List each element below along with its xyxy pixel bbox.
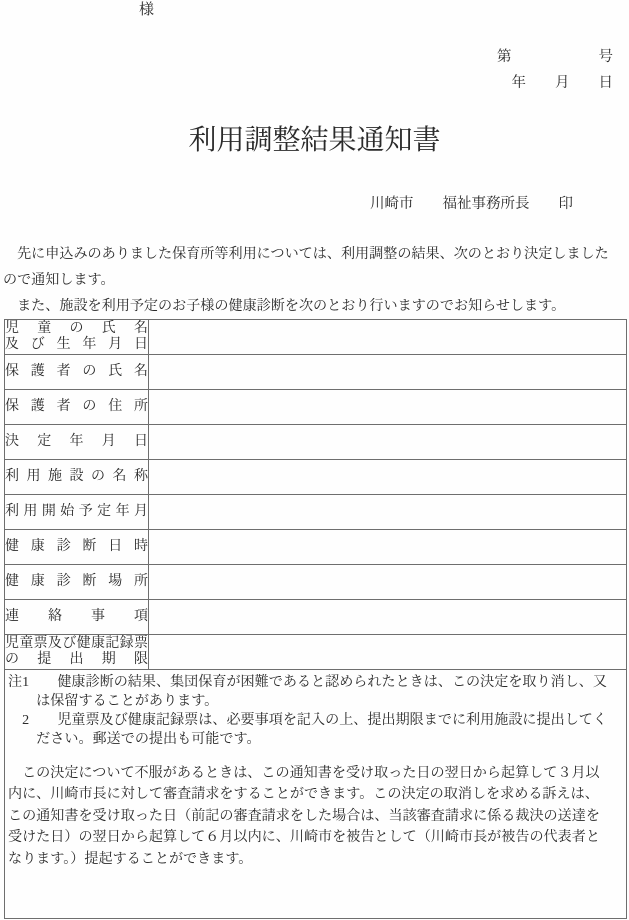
table-row-checkup-place: 健康診断場所 — [5, 565, 627, 600]
row-value-field — [149, 565, 627, 600]
row-label: 児童の氏名 及び生年月日 — [5, 320, 149, 355]
row-label: 保護者の住所 — [5, 390, 149, 425]
row-value-field — [149, 495, 627, 530]
intro-line-2: ので通知します。 — [3, 267, 629, 293]
row-label: 連絡事項 — [5, 600, 149, 635]
document-number-block: 第 号 年 月 日 — [0, 44, 629, 96]
row-value-field — [149, 635, 627, 670]
appeal-line-1: この決定について不服があるときは、この通知書を受け取った日の翌日から起算して３月… — [8, 763, 624, 784]
row-label: 健康診断場所 — [5, 565, 149, 600]
table-row-facility-name: 利用施設の名称 — [5, 460, 627, 495]
notification-document: 様 第 号 年 月 日 利用調整結果通知書 川崎市 福祉事務所長 印 先に申込み… — [0, 0, 629, 920]
table-row-checkup-datetime: 健康診断日時 — [5, 530, 627, 565]
table-row-submission-deadline: 児童票及び健康記録票 の提出期限 — [5, 635, 627, 670]
appeal-line-5: なります。）提起することができます。 — [8, 849, 624, 870]
row-value-field — [149, 530, 627, 565]
notes-section: 注1 健康診断の結果、集団保育が困難であると認められたときは、この決定を取り消し… — [4, 670, 627, 919]
table-row-decision-date: 決定年月日 — [5, 425, 627, 460]
table-row-contact-notes: 連絡事項 — [5, 600, 627, 635]
note2-line-2: ださい。郵送での提出も可能です。 — [8, 730, 624, 749]
row-value-field — [149, 355, 627, 390]
row-value-field — [149, 390, 627, 425]
intro-line-1: 先に申込みのありました保育所等利用については、利用調整の結果、次のとおり決定しま… — [3, 241, 629, 267]
row-label: 利用開始予定年月 — [5, 495, 149, 530]
row-label: 保護者の氏名 — [5, 355, 149, 390]
row-value-field — [149, 600, 627, 635]
addressee-line: 様 — [0, 2, 629, 18]
appeal-paragraph: この決定について不服があるときは、この通知書を受け取った日の翌日から起算して３月… — [8, 763, 624, 870]
intro-line-3: また、施設を利用予定のお子様の健康診断を次のとおり行いますのでお知らせします。 — [3, 293, 629, 319]
issuer-line: 川崎市 福祉事務所長 印 — [0, 196, 629, 212]
table-row-child-name: 児童の氏名 及び生年月日 — [5, 320, 627, 355]
row-label: 健康診断日時 — [5, 530, 149, 565]
row-label: 児童票及び健康記録票 の提出期限 — [5, 635, 149, 670]
row-value-field — [149, 425, 627, 460]
table-row-guardian-address: 保護者の住所 — [5, 390, 627, 425]
row-value-field — [149, 460, 627, 495]
note2-line-1: 2 児童票及び健康記録票は、必要事項を記入の上、提出期限までに利用施設に提出して… — [8, 711, 624, 730]
row-label: 決定年月日 — [5, 425, 149, 460]
note1-line-2: は保留することがあります。 — [8, 692, 624, 711]
addressee-honorific: 様 — [139, 2, 154, 18]
appeal-line-2: 内に、川崎市長に対して審査請求をすることができます。この決定の取消しを求める訴え… — [8, 784, 624, 805]
note1-line-1: 注1 健康診断の結果、集団保育が困難であると認められたときは、この決定を取り消し… — [8, 673, 624, 692]
document-date-line: 年 月 日 — [0, 70, 613, 96]
table-row-start-month: 利用開始予定年月 — [5, 495, 627, 530]
row-label: 利用施設の名称 — [5, 460, 149, 495]
row-value-field — [149, 320, 627, 355]
appeal-line-3: この通知書を受け取った日（前記の審査請求をした場合は、当該審査請求に係る裁決の送… — [8, 806, 624, 827]
table-row-guardian-name: 保護者の氏名 — [5, 355, 627, 390]
document-number-line: 第 号 — [0, 44, 613, 70]
intro-paragraphs: 先に申込みのありました保育所等利用については、利用調整の結果、次のとおり決定しま… — [0, 241, 629, 319]
notice-table: 児童の氏名 及び生年月日 保護者の氏名 保護者の住所 決定年月日 — [4, 319, 627, 670]
appeal-line-4: 受けた日）の翌日から起算して６月以内に、川崎市を被告として（川崎市長が被告の代表… — [8, 827, 624, 848]
document-title: 利用調整結果通知書 — [0, 124, 629, 158]
